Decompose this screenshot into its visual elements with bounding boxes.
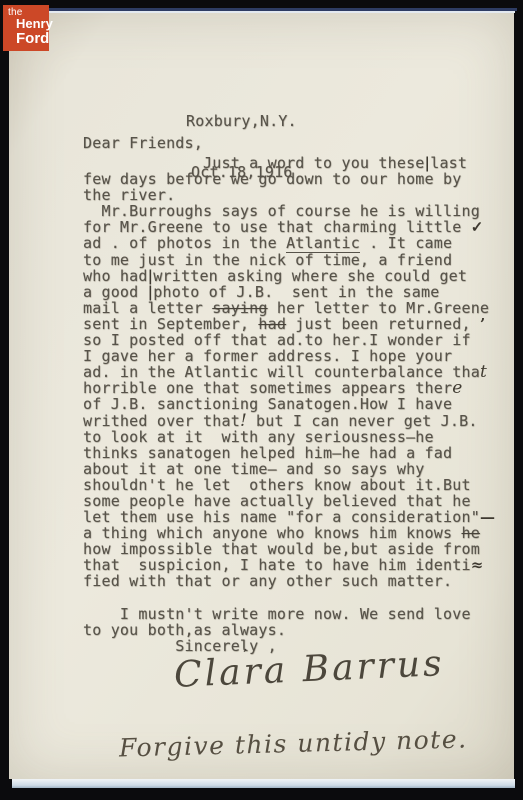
paper-bottom-edge: [12, 779, 515, 788]
letter-line: I gave her a former address. I hope your: [83, 348, 495, 364]
letter-line: of J.B. sanctioning Sanatogen.How I have: [83, 396, 495, 412]
typed-text: fied with that or any other such matter.: [83, 572, 452, 590]
letter-line: thinks sanatogen helped him—he had a fad: [83, 445, 495, 461]
letter-body: Just a word to you these|lastfew days be…: [83, 155, 495, 654]
letter-line: ad . of photos in the Atlantic . It came: [83, 235, 495, 251]
letter-line: to you both,as always.: [83, 622, 495, 638]
letter-paper: Roxbury,N.Y. Oct.18,1916 Dear Friends, J…: [9, 13, 514, 779]
letter-line: to me just in the nick of time, a friend: [83, 252, 495, 268]
letter-salutation: Dear Friends,: [83, 134, 203, 152]
letter-line: the river.: [83, 187, 495, 203]
letter-place: Roxbury,N.Y.: [186, 113, 297, 130]
letter-line: let them use his name "for a considerati…: [83, 509, 495, 525]
handwritten-correction: e: [452, 378, 462, 398]
letter-line: how impossible that would be,but aside f…: [83, 541, 495, 557]
logo-text-henry: Henry: [16, 16, 53, 31]
letter-line: Mr.Burroughs says of course he is willin…: [83, 203, 495, 219]
letter-line: Just a word to you these|last: [83, 155, 495, 171]
henry-ford-logo: the Henry Ford: [3, 5, 49, 51]
letter-line: mail a letter saying her letter to Mr.Gr…: [83, 300, 495, 316]
handwritten-postscript: Forgive this untidy note.: [119, 724, 468, 762]
letter-line: a good |photo of J.B. sent in the same: [83, 284, 495, 300]
letter-line: a thing which anyone who knows him knows…: [83, 525, 495, 541]
letter-line: [83, 590, 495, 606]
letter-line: I mustn't write more now. We send love: [83, 606, 495, 622]
letter-line: about it at one time— and so says why: [83, 461, 495, 477]
letter-line: so I posted off that ad.to her.I wonder …: [83, 332, 495, 348]
letter-line: who had|written asking where she could g…: [83, 268, 495, 284]
letter-line: shouldn't he let others know about it.Bu…: [83, 477, 495, 493]
letter-line: some people have actually believed that …: [83, 493, 495, 509]
pen-mark: ≈: [471, 556, 484, 574]
letter-line: to look at it with any seriousness—he: [83, 429, 495, 445]
letter-line: horrible one that sometimes appears ther…: [83, 380, 495, 396]
letter-line: writhed over that! but I can never get J…: [83, 413, 495, 429]
letter-line: fied with that or any other such matter.: [83, 573, 495, 589]
letter-line: ad. in the Atlantic will counterbalance …: [83, 364, 495, 380]
pen-mark: ’: [480, 315, 485, 333]
logo-text-ford: Ford: [16, 30, 49, 47]
handwritten-correction: t: [480, 362, 487, 382]
letter-line: that suspicion, I hate to have him ident…: [83, 557, 495, 573]
letter-line: few days before we go down to our home b…: [83, 171, 495, 187]
letter-line: sent in September, had just been returne…: [83, 316, 495, 332]
pen-mark: ✓: [471, 218, 484, 236]
letter-line: for Mr.Greene to use that charming littl…: [83, 219, 495, 235]
pen-mark: —: [480, 508, 495, 526]
